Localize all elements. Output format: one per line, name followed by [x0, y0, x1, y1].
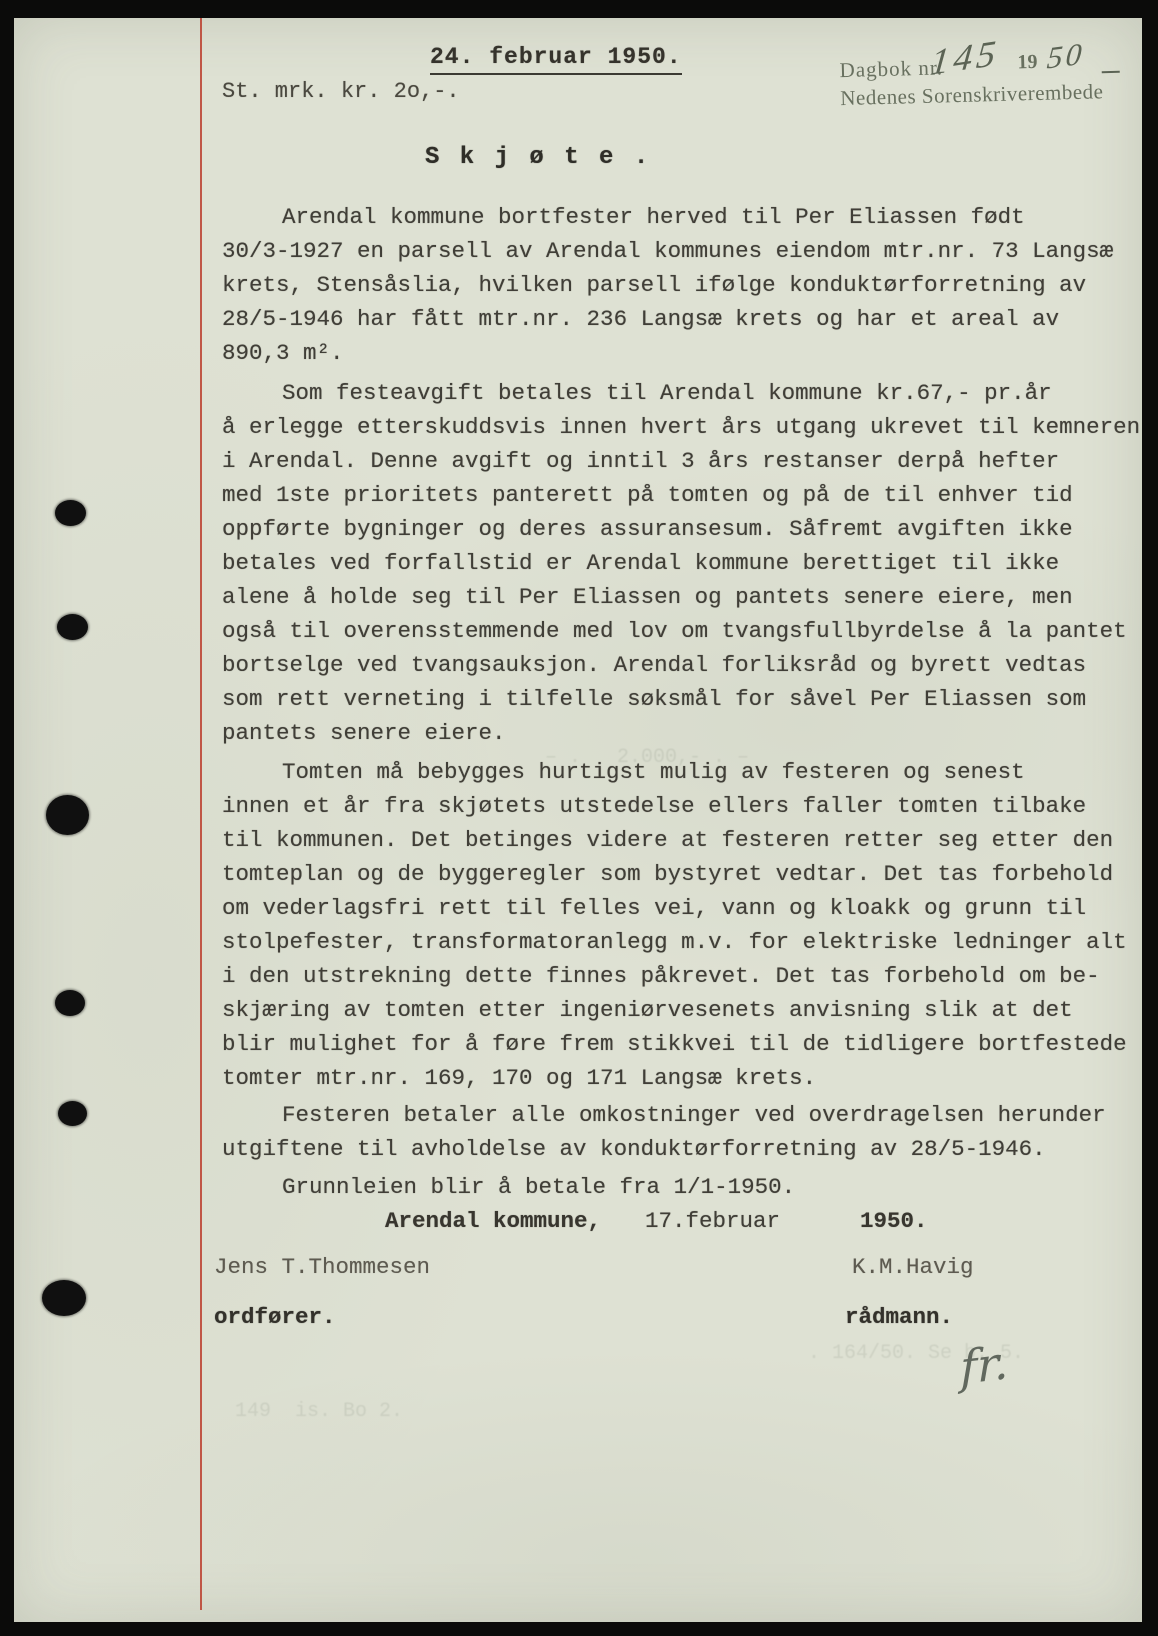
paragraph: Grunnleien blir å betale fra 1/1-1950. — [222, 1170, 1147, 1204]
paragraph: Festeren betaler alle omkostninger ved o… — [222, 1098, 1147, 1166]
handwritten-initials: fr. — [960, 1335, 1009, 1395]
punch-hole — [46, 795, 89, 835]
handwritten-underscore — [1102, 71, 1120, 73]
text-line: tomteplan og de byggeregler som bystyret… — [222, 857, 1147, 891]
text-line: 890,3 m². — [222, 336, 1147, 370]
text-line: som rett verneting i tilfelle søksmål fo… — [222, 682, 1147, 716]
text-line: innen et år fra skjøtets utstedelse elle… — [222, 789, 1147, 823]
text-line: oppførte bygninger og deres assuransesum… — [222, 512, 1147, 546]
journal-stamp-office: Nedenes Sorenskriverembede — [840, 79, 1104, 111]
text-line: 30/3-1927 en parsell av Arendal kommunes… — [222, 234, 1147, 268]
text-line: bortselge ved tvangsauksjon. Arendal for… — [222, 648, 1147, 682]
text-line: Arendal kommune bortfester herved til Pe… — [222, 200, 1147, 234]
text-line: også til overensstemmende med lov om tva… — [222, 614, 1147, 648]
journal-stamp: Dagbok nr. 145 19 50 Nedenes Sorenskrive… — [839, 40, 1153, 126]
text-line: i den utstrekning dette finnes påkrevet.… — [222, 959, 1147, 993]
text-line: om vederlagsfri rett til felles vei, van… — [222, 891, 1147, 925]
scan-edge-top — [0, 0, 1158, 18]
dateline: Arendal kommune, 17.februar 1950. — [222, 1208, 1147, 1242]
scan-edge-right — [1142, 0, 1158, 1636]
scanned-document-page: – . 2.000,- . –. 164/50. Se b. 5.149 is.… — [0, 0, 1158, 1636]
text-line: 28/5-1946 har fått mtr.nr. 236 Langsæ kr… — [222, 302, 1147, 336]
text-line: Tomten må bebygges hurtigst mulig av fes… — [222, 755, 1147, 789]
punch-hole — [57, 614, 88, 640]
text-line: pantets senere eiere. — [222, 716, 1147, 750]
punch-hole — [42, 1280, 86, 1316]
scan-edge-left — [0, 0, 14, 1636]
punch-hole — [58, 1101, 87, 1126]
text-line: alene å holde seg til Per Eliassen og pa… — [222, 580, 1147, 614]
text-line: Grunnleien blir å betale fra 1/1-1950. — [222, 1170, 1147, 1204]
text-line: tomter mtr.nr. 169, 170 og 171 Langsæ kr… — [222, 1061, 1147, 1095]
handwritten-journal-number: 145 — [929, 32, 1002, 85]
journal-stamp-label: Dagbok nr. — [839, 55, 943, 83]
text-line: i Arendal. Denne avgift og inntil 3 års … — [222, 444, 1147, 478]
text-line: betales ved forfallstid er Arendal kommu… — [222, 546, 1147, 580]
stamp-duty-note: St. mrk. kr. 2o,-. — [222, 79, 460, 104]
document-title: S k j ø t e . — [425, 144, 651, 171]
ghost-mark: 149 is. Bo 2. — [235, 1400, 403, 1423]
dateline-place: Arendal kommune, — [385, 1208, 601, 1234]
dateline-date: 17.februar — [645, 1208, 780, 1234]
punch-hole — [55, 990, 85, 1016]
text-line: å erlegge etterskuddsvis innen hvert års… — [222, 410, 1147, 444]
punch-hole — [55, 500, 86, 526]
dateline-year: 1950. — [860, 1208, 928, 1234]
text-line: med 1ste prioritets panterett på tomten … — [222, 478, 1147, 512]
signature-role-right: rådmann. — [845, 1304, 953, 1330]
document-date-heading: 24. februar 1950. — [430, 44, 682, 75]
text-line: stolpefester, transformatoranlegg m.v. f… — [222, 925, 1147, 959]
paragraph: Som festeavgift betales til Arendal komm… — [222, 376, 1147, 750]
paragraph: Tomten må bebygges hurtigst mulig av fes… — [222, 755, 1147, 1095]
text-line: Som festeavgift betales til Arendal komm… — [222, 376, 1147, 410]
margin-rule — [200, 18, 202, 1610]
scan-edge-bottom — [0, 1622, 1158, 1636]
signature-role-left: ordfører. — [214, 1304, 336, 1330]
journal-stamp-year-prefix: 19 — [1017, 51, 1038, 75]
text-line: Festeren betaler alle omkostninger ved o… — [222, 1098, 1147, 1132]
paragraph: Arendal kommune bortfester herved til Pe… — [222, 200, 1147, 370]
text-line: utgiftene til avholdelse av konduktørfor… — [222, 1132, 1147, 1166]
signature-name-left: Jens T.Thommesen — [214, 1254, 430, 1280]
text-line: til kommunen. Det betinges videre at fes… — [222, 823, 1147, 857]
text-line: krets, Stensåslia, hvilken parsell ifølg… — [222, 268, 1147, 302]
text-line: blir mulighet for å føre frem stikkvei t… — [222, 1027, 1147, 1061]
handwritten-journal-year: 50 — [1046, 36, 1086, 77]
text-line: skjæring av tomten etter ingeniørvesenet… — [222, 993, 1147, 1027]
signature-name-right: K.M.Havig — [852, 1254, 974, 1280]
